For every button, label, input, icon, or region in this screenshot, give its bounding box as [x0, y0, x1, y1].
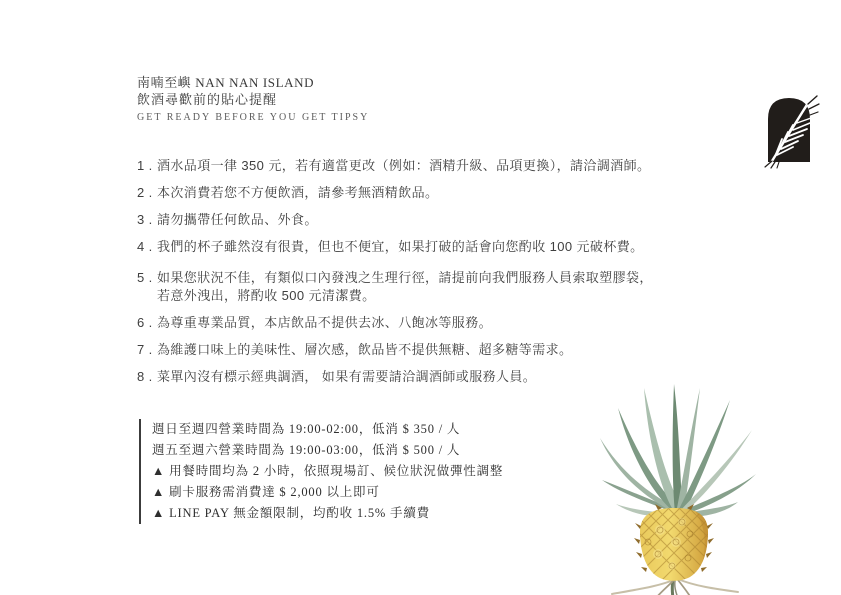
rule-number: 1 . [137, 157, 157, 176]
rule-item: 4 . 我們的杯子雖然沒有很貴，但也不便宜，如果打破的話會向您酌收 100 元破… [137, 238, 677, 257]
rule-number: 6 . [137, 314, 157, 333]
page-header: 南喃至嶼 NAN NAN ISLAND 飲酒尋歡前的貼心提醒 GET READY… [137, 75, 369, 124]
rule-text: 本次消費若您不方便飲酒，請參考無酒精飲品。 [157, 184, 438, 203]
rule-item: 3 . 請勿攜帶任何飲品、外食。 [137, 211, 677, 230]
rules-list: 1 . 酒水品項一律 350 元，若有適當更改（例如：酒精升級、品項更換），請洽… [137, 157, 677, 395]
rule-item: 5 . 如果您狀況不佳，有類似口內發洩之生理行徑，請提前向我們服務人員索取塑膠袋… [137, 269, 677, 306]
rule-text: 如果您狀況不佳，有類似口內發洩之生理行徑，請提前向我們服務人員索取塑膠袋， 若意… [157, 269, 653, 306]
rule-item: 7 . 為維護口味上的美味性、層次感，飲品皆不提供無糖、超多糖等需求。 [137, 341, 677, 360]
info-line: ▲ 刷卡服務需消費達 $ 2,000 以上即可 [152, 482, 503, 503]
info-line: ▲ 用餐時間均為 2 小時，依照現場訂、候位狀況做彈性調整 [152, 461, 503, 482]
rule-number: 7 . [137, 341, 157, 360]
rule-number: 4 . [137, 238, 157, 257]
rule-item: 6 . 為尊重專業品質，本店飲品不提供去冰、八飽冰等服務。 [137, 314, 677, 333]
rule-text: 我們的杯子雖然沒有很貴，但也不便宜，如果打破的話會向您酌收 100 元破杯費。 [157, 238, 644, 257]
rule-text: 為尊重專業品質，本店飲品不提供去冰、八飽冰等服務。 [157, 314, 492, 333]
rule-number: 5 . [137, 269, 157, 288]
rule-number: 8 . [137, 368, 157, 387]
palm-leaf-arch-logo-icon [762, 92, 820, 170]
business-info-box: 週日至週四營業時間為 19:00-02:00，低消 $ 350 / 人 週五至週… [139, 419, 503, 524]
pineapple-illustration [588, 382, 766, 595]
menu-page: 南喃至嶼 NAN NAN ISLAND 飲酒尋歡前的貼心提醒 GET READY… [0, 0, 841, 595]
english-tagline: GET READY BEFORE YOU GET TIPSY [137, 112, 369, 124]
brand-title: 南喃至嶼 NAN NAN ISLAND [137, 75, 369, 91]
rule-text: 請勿攜帶任何飲品、外食。 [157, 211, 318, 230]
rule-item: 1 . 酒水品項一律 350 元，若有適當更改（例如：酒精升級、品項更換），請洽… [137, 157, 677, 176]
rule-item: 2 . 本次消費若您不方便飲酒，請參考無酒精飲品。 [137, 184, 677, 203]
rule-number: 2 . [137, 184, 157, 203]
rule-text: 菜單內沒有標示經典調酒， 如果有需要請洽調酒師或服務人員。 [157, 368, 536, 387]
rule-text: 為維護口味上的美味性、層次感，飲品皆不提供無糖、超多糖等需求。 [157, 341, 572, 360]
rule-text: 酒水品項一律 350 元，若有適當更改（例如：酒精升級、品項更換），請洽調酒師。 [157, 157, 650, 176]
info-line: ▲ LINE PAY 無金額限制，均酌收 1.5% 手續費 [152, 503, 503, 524]
info-line: 週五至週六營業時間為 19:00-03:00，低消 $ 500 / 人 [152, 440, 503, 461]
rule-number: 3 . [137, 211, 157, 230]
page-subtitle: 飲酒尋歡前的貼心提醒 [137, 92, 369, 108]
info-line: 週日至週四營業時間為 19:00-02:00，低消 $ 350 / 人 [152, 419, 503, 440]
